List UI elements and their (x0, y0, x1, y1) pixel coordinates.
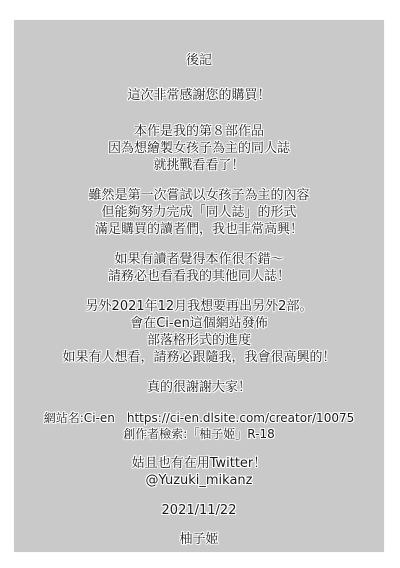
para4-line-1: 另外2021年12月我想要再出另外2部。 (14, 299, 384, 315)
para3-line-1: 如果有讀者覺得本作很不錯～ (14, 252, 384, 268)
author-signature: 柚子姬 (14, 532, 384, 548)
closing-line: 真的很謝謝大家！ (14, 380, 384, 396)
afterword-page: 後記 這次非常感謝您的購買！ 本作是我的第８部作品 因為想繪製女孩子為主的同人誌… (14, 20, 384, 552)
site-link-line[interactable]: 網站名:Ci-en https://ci-en.dlsite.com/creat… (14, 410, 384, 426)
para1-line-1: 本作是我的第８部作品 (14, 124, 384, 140)
thanks-line: 這次非常感謝您的購買！ (14, 88, 384, 104)
para1-line-2: 因為想繪製女孩子為主的同人誌 (14, 141, 384, 157)
twitter-handle[interactable]: @Yuzuki_mikanz (14, 473, 384, 489)
para3-line-2: 請務必也看看我的其他同人誌！ (14, 269, 384, 285)
para2-line-2: 但能夠努力完成「同人誌」的形式 (14, 205, 384, 221)
para2-line-3: 滿足購買的讀者們，我也非常高興！ (14, 222, 384, 238)
date-line: 2021/11/22 (14, 503, 384, 519)
para1-line-3: 就挑戰看看了！ (14, 158, 384, 174)
para4-line-3: 部落格形式的進度 (14, 333, 384, 349)
para2-line-1: 雖然是第一次嘗試以女孩子為主的內容 (14, 188, 384, 204)
creator-search-line: 創作者檢索:「柚子姬」R-18 (14, 426, 384, 442)
page-title: 後記 (14, 53, 384, 69)
para4-line-2: 會在Ci-en這個網站發佈 (14, 316, 384, 332)
twitter-line: 姑且也有在用Twitter！ (14, 456, 384, 472)
para4-line-4: 如果有人想看，請務必跟隨我，我會很高興的！ (14, 350, 384, 366)
